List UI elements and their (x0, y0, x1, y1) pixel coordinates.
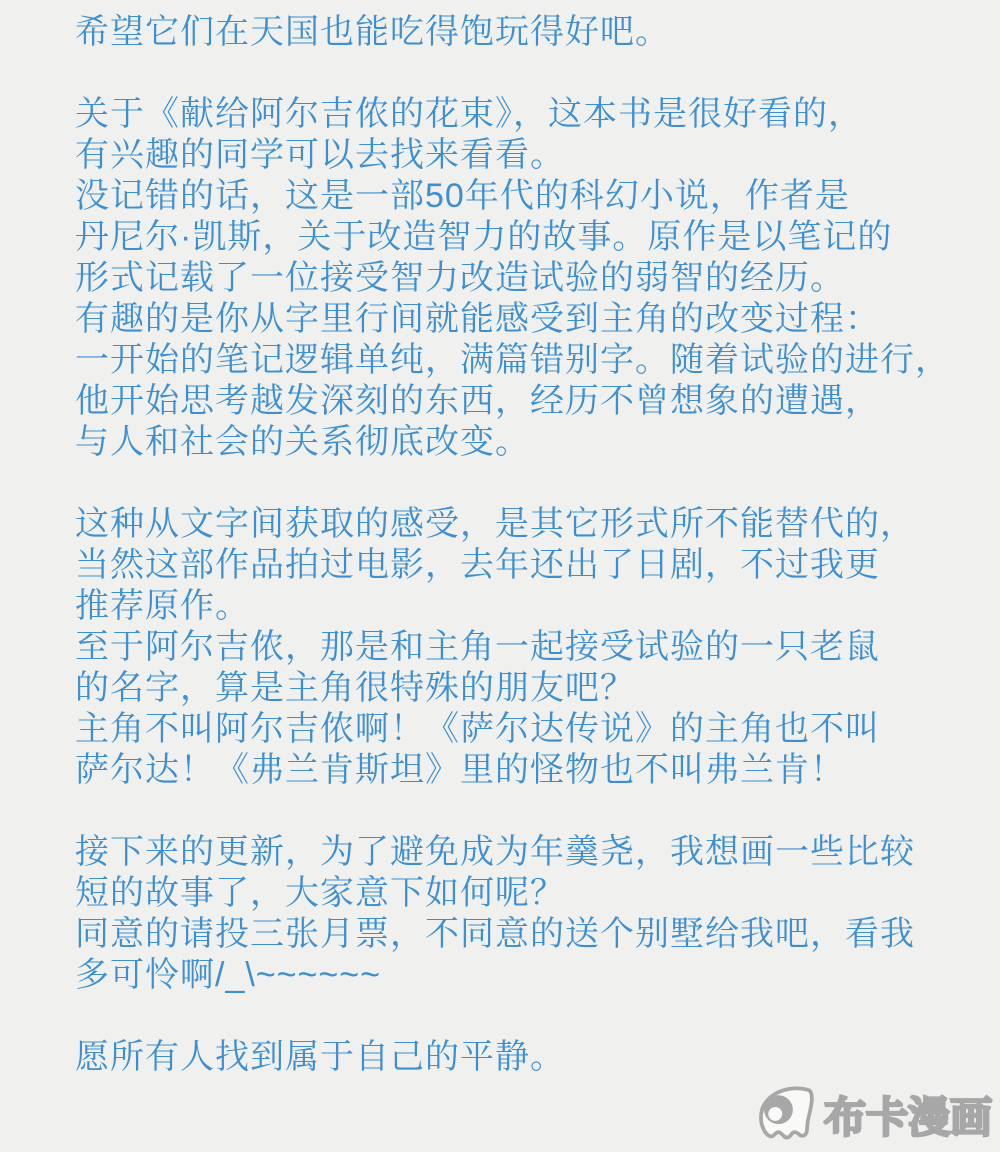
text-line: 推荐原作。 (75, 586, 960, 627)
text-line: 关于《献给阿尔吉侬的花束》，这本书是很好看的， (75, 94, 960, 135)
text-line: 愿所有人找到属于自己的平静。 (75, 1037, 960, 1078)
text-line: 同意的请投三张月票，不同意的送个别墅给我吧，看我 (75, 914, 960, 955)
text-line: 当然这部作品拍过电影，去年还出了日剧，不过我更 (75, 545, 960, 586)
text-line: 没记错的话，这是一部50年代的科幻小说，作者是 (75, 176, 960, 217)
text-line: 主角不叫阿尔吉侬啊！《萨尔达传说》的主角也不叫 (75, 709, 960, 750)
text-line: 与人和社会的关系彻底改变。 (75, 422, 960, 463)
paragraph: 这种从文字间获取的感受，是其它形式所不能替代的， 当然这部作品拍过电影，去年还出… (75, 504, 960, 791)
text-line: 有兴趣的同学可以去找来看看。 (75, 135, 960, 176)
text-line: 丹尼尔·凯斯，关于改造智力的故事。原作是以笔记的 (75, 217, 960, 258)
text-line: 的名字，算是主角很特殊的朋友吧？ (75, 668, 960, 709)
text-line: 形式记载了一位接受智力改造试验的弱智的经历。 (75, 258, 960, 299)
text-line: 短的故事了，大家意下如何呢？ (75, 873, 960, 914)
comic-afterword-text: 希望它们在天国也能吃得饱玩得好吧。 关于《献给阿尔吉侬的花束》，这本书是很好看的… (75, 12, 960, 1078)
text-line: 接下来的更新，为了避免成为年羹尧，我想画一些比较 (75, 832, 960, 873)
paragraph: 愿所有人找到属于自己的平静。 (75, 1037, 960, 1078)
text-line: 一开始的笔记逻辑单纯，满篇错别字。随着试验的进行， (75, 340, 960, 381)
buka-watermark: 布卡漫画 (754, 1084, 992, 1146)
text-line: 有趣的是你从字里行间就能感受到主角的改变过程： (75, 299, 960, 340)
text-line: 萨尔达！《弗兰肯斯坦》里的怪物也不叫弗兰肯！ (75, 750, 960, 791)
text-line: 多可怜啊/_\~~~~~~ (75, 955, 960, 996)
buka-mascot-icon (754, 1084, 820, 1146)
text-line: 他开始思考越发深刻的东西，经历不曾想象的遭遇， (75, 381, 960, 422)
paragraph: 希望它们在天国也能吃得饱玩得好吧。 (75, 12, 960, 53)
buka-watermark-label: 布卡漫画 (824, 1085, 992, 1145)
text-line: 这种从文字间获取的感受，是其它形式所不能替代的， (75, 504, 960, 545)
paragraph: 接下来的更新，为了避免成为年羹尧，我想画一些比较 短的故事了，大家意下如何呢？ … (75, 832, 960, 996)
paragraph: 关于《献给阿尔吉侬的花束》，这本书是很好看的， 有兴趣的同学可以去找来看看。 没… (75, 94, 960, 463)
text-line: 至于阿尔吉侬，那是和主角一起接受试验的一只老鼠 (75, 627, 960, 668)
text-line: 希望它们在天国也能吃得饱玩得好吧。 (75, 12, 960, 53)
